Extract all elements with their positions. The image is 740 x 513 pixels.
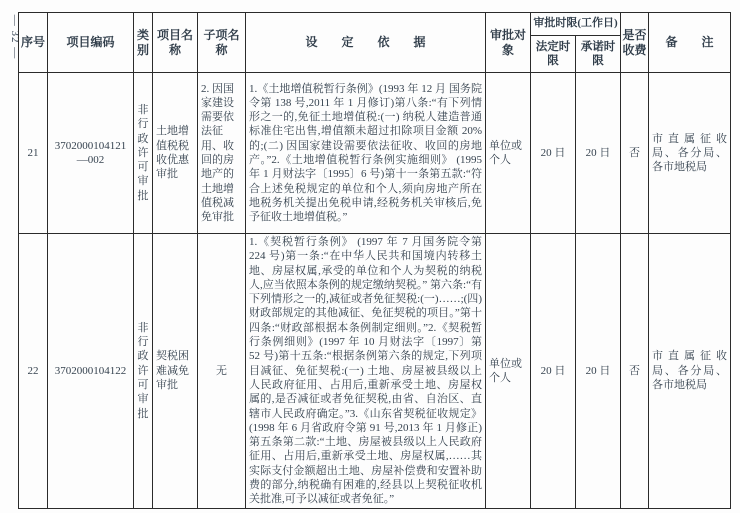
cell-fee: 否: [621, 234, 649, 509]
cell-seq: 21: [19, 73, 48, 234]
header-subitem-name: 子项名称: [198, 13, 246, 73]
header-project-name: 项目名称: [153, 13, 198, 73]
cell-project-code: 3702000104121—002: [48, 73, 134, 234]
header-time-limit-group: 审批时限(工作日): [531, 13, 621, 36]
cell-target: 单位或个人: [486, 73, 531, 234]
cell-remark: 市直属征收局、各分局、各市地税局: [649, 73, 731, 234]
cell-basis: 1.《契税暂行条例》 (1997 年 7 月国务院令第 224 号)第一条:“在…: [246, 234, 486, 509]
cell-fee: 否: [621, 73, 649, 234]
cell-promised-limit: 20 日: [576, 73, 621, 234]
cell-category: 非行政许可审批: [134, 73, 153, 234]
cell-basis: 1.《土地增值税暂行条例》(1993 年 12 月 国务院令第 138 号,20…: [246, 73, 486, 234]
header-seq: 序号: [19, 13, 48, 73]
header-statutory-limit: 法定时限: [531, 36, 576, 73]
table-row-22: 22 3702000104122 非行政许可审批 契税困难减免审批 无 1.《契…: [19, 234, 731, 509]
cell-project-code: 3702000104122: [48, 234, 134, 509]
table-row-21: 21 3702000104121—002 非行政许可审批 土地增值税税收优惠审批…: [19, 73, 731, 234]
cell-seq: 22: [19, 234, 48, 509]
cell-remark: 市直属征收局、各分局、各市地税局: [649, 234, 731, 509]
cell-subitem-name: 无: [198, 234, 246, 509]
cell-statutory-limit: 20 日: [531, 73, 576, 234]
document-page: — 32 — 序号 项目编码 类别 项目名称 子项名称 设 定 依 据 审批: [0, 0, 740, 513]
header-promised-limit: 承诺时限: [576, 36, 621, 73]
cell-project-name: 土地增值税税收优惠审批: [153, 73, 198, 234]
header-target: 审批对象: [486, 13, 531, 73]
cell-project-name: 契税困难减免审批: [153, 234, 198, 509]
approval-items-table: 序号 项目编码 类别 项目名称 子项名称 设 定 依 据 审批对象 审批时限(工…: [18, 12, 731, 509]
header-category: 类别: [134, 13, 153, 73]
cell-statutory-limit: 20 日: [531, 234, 576, 509]
table-header-row-1: 序号 项目编码 类别 项目名称 子项名称 设 定 依 据 审批对象 审批时限(工…: [19, 13, 731, 36]
header-remark: 备 注: [649, 13, 731, 73]
header-code: 项目编码: [48, 13, 134, 73]
header-fee: 是否收费: [621, 13, 649, 73]
cell-subitem-name: 2. 因国家建设需要依法征用、收回的房地产的土地增值税减免审批: [198, 73, 246, 234]
cell-category: 非行政许可审批: [134, 234, 153, 509]
cell-promised-limit: 20 日: [576, 234, 621, 509]
header-basis: 设 定 依 据: [246, 13, 486, 73]
cell-target: 单位或个人: [486, 234, 531, 509]
